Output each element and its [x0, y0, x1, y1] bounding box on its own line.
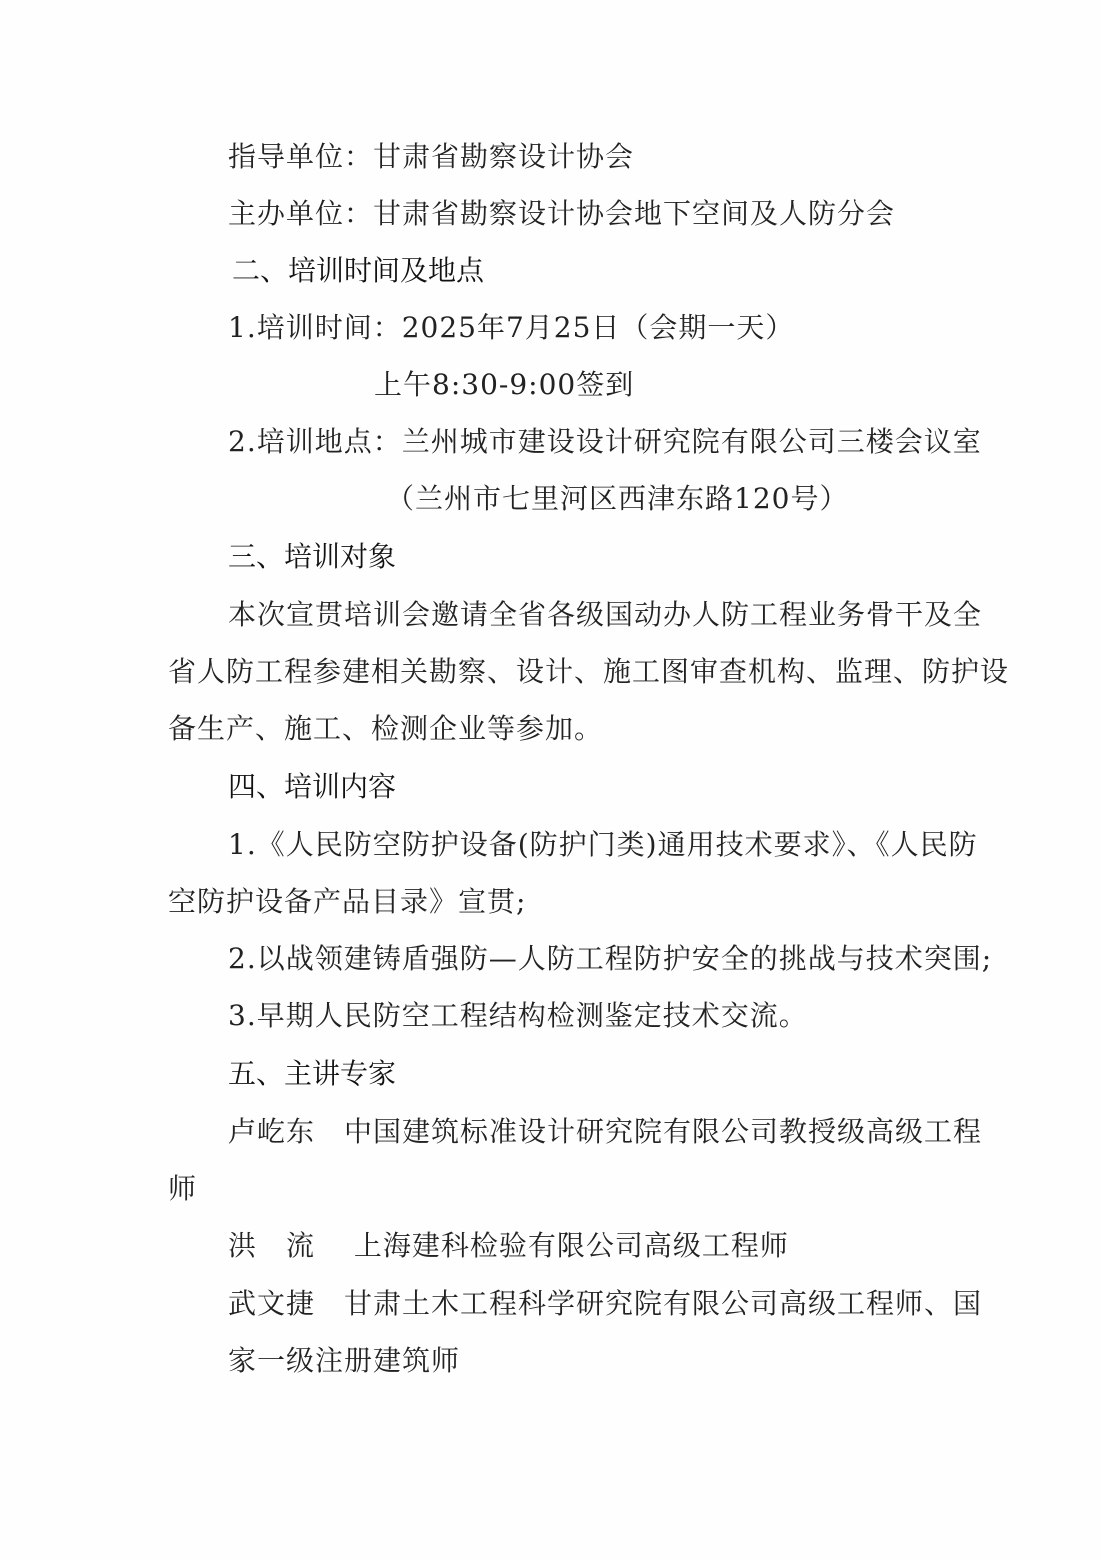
audience-para-line: 省人防工程参建相关勘察、设计、施工图审查机构、监理、防护设 [168, 655, 1009, 689]
document-page: 指导单位：甘肃省勘察设计协会 主办单位：甘肃省勘察设计协会地下空间及人防分会 二… [0, 0, 1102, 1559]
section-heading-experts: 五、主讲专家 [228, 1057, 396, 1091]
expert-line: 家一级注册建筑师 [228, 1344, 460, 1378]
content-item-3-line: 3.早期人民防空工程结构检测鉴定技术交流。 [228, 999, 808, 1033]
content-item-2-line: 2.以战领建铸盾强防—人防工程防护安全的挑战与技术突围; [228, 942, 992, 976]
expert-line: 师 [168, 1172, 197, 1206]
host-unit-line: 主办单位：甘肃省勘察设计协会地下空间及人防分会 [228, 197, 895, 231]
audience-para-line: 备生产、施工、检测企业等参加。 [168, 712, 603, 746]
section-heading-content: 四、培训内容 [228, 770, 396, 804]
training-venue-line: 2.培训地点：兰州城市建设设计研究院有限公司三楼会议室 [228, 425, 982, 459]
checkin-time-line: 上午8:30-9:00签到 [374, 368, 634, 402]
section-heading-audience: 三、培训对象 [228, 540, 396, 574]
content-item-1-line: 1.《人民防空防护设备(防护门类)通用技术要求》、《人民防 [228, 828, 978, 862]
audience-para-line: 本次宣贯培训会邀请全省各级国动办人防工程业务骨干及全 [228, 598, 982, 632]
expert-line: 洪 流 上海建科检验有限公司高级工程师 [228, 1229, 789, 1263]
training-time-line: 1.培训时间：2025年7月25日（会期一天） [228, 311, 794, 345]
guide-unit-line: 指导单位：甘肃省勘察设计协会 [228, 140, 634, 174]
expert-line: 卢屹东 中国建筑标准设计研究院有限公司教授级高级工程 [228, 1115, 982, 1149]
content-item-1-line: 空防护设备产品目录》宣贯; [168, 885, 526, 919]
venue-address-line: （兰州市七里河区西津东路120号） [386, 482, 848, 516]
expert-line: 武文捷 甘肃土木工程科学研究院有限公司高级工程师、国 [228, 1287, 982, 1321]
section-heading-time-venue: 二、培训时间及地点 [232, 254, 484, 288]
